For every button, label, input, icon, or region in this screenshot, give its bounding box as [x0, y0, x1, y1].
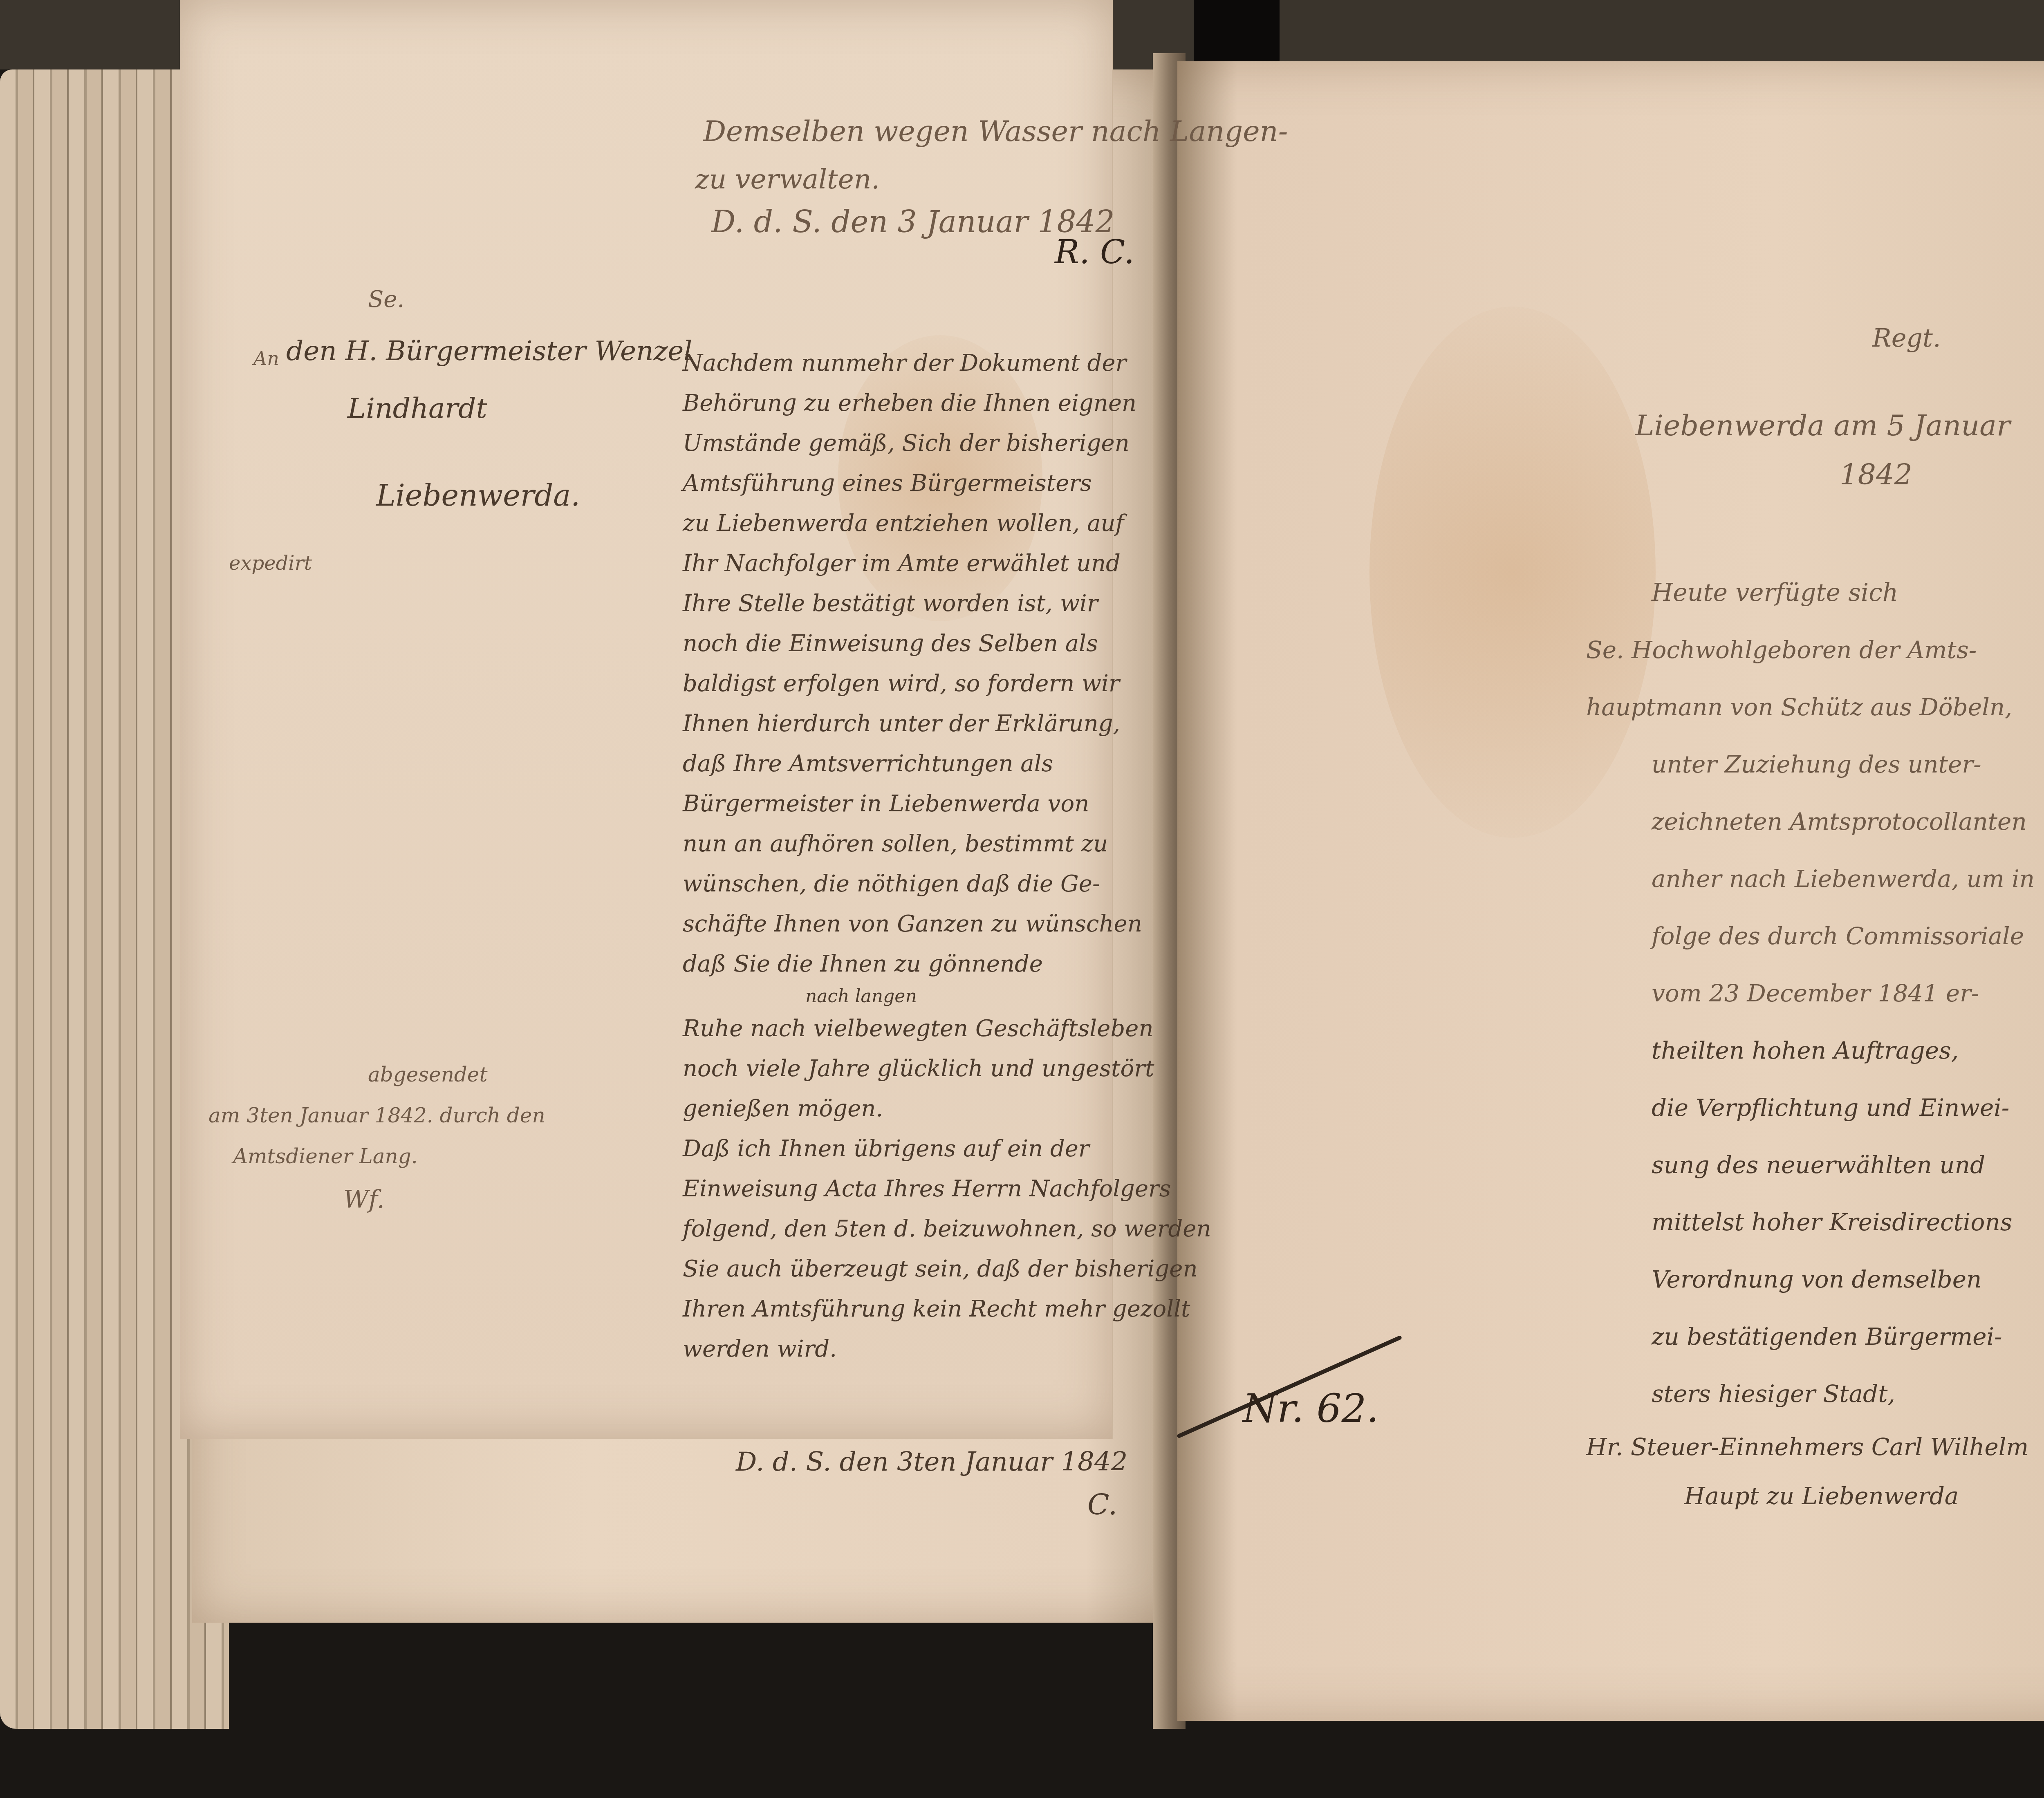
body-line: unter Zuziehung des unter- — [1586, 736, 2044, 793]
margin-address-line-1: den H. Bürgermeister Wenzel — [286, 335, 692, 367]
dispatch-note-line-1: abgesendet — [368, 1063, 488, 1086]
body-line: die Verpflichtung und Einwei- — [1586, 1079, 2044, 1136]
body-line: Ruhe nach vielbewegten Geschäftsleben — [683, 1009, 1132, 1049]
body-line: mittelst hoher Kreisdirections — [1586, 1193, 2044, 1251]
body-line: baldigst erfolgen wird, so fordern wir — [683, 664, 1132, 704]
body-line: daß Sie die Ihnen zu gönnende — [683, 944, 1132, 984]
background-top-right — [1280, 0, 2044, 69]
closing-date-line: D. d. S. den 3ten Januar 1842 — [736, 1447, 1127, 1477]
body-line: Bürgermeister in Liebenwerda von — [683, 784, 1132, 824]
body-line: zu Liebenwerda entziehen wollen, auf — [683, 504, 1132, 544]
right-header: Regt. — [1872, 323, 1941, 353]
dispatch-note-line-2: am 3ten Januar 1842. durch den — [208, 1104, 545, 1127]
body-line: daß Ihre Amtsverrichtungen als — [683, 744, 1132, 784]
body-line: Ihr Nachfolger im Amte erwählet und — [683, 544, 1132, 584]
body-line: folge des durch Commissoriale — [1586, 907, 2044, 965]
closing-initial: C. — [1087, 1488, 1117, 1521]
body-line: Sie auch überzeugt sein, daß der bisheri… — [683, 1249, 1132, 1289]
body-line: sung des neuerwählten und — [1586, 1136, 2044, 1193]
body-line: zu bestätigenden Bürgermei- — [1586, 1308, 2044, 1365]
margin-salutation: Se. — [368, 286, 404, 313]
dispatch-note-line-3: Amtsdiener Lang. — [233, 1144, 418, 1168]
margin-note-expedirt: expedirt — [229, 552, 312, 575]
body-line: Se. Hochwohlgeboren der Amts- — [1586, 621, 2044, 678]
body-line: Heute verfügte sich — [1586, 564, 2044, 621]
margin-prefix: An — [253, 347, 279, 369]
body-line: Nachdem nunmehr der Dokument der — [683, 343, 1132, 383]
body-line: sters hiesiger Stadt, — [1586, 1365, 2044, 1422]
background-top-center — [1194, 0, 1280, 69]
place-date-line-1: Liebenwerda am 5 Januar — [1635, 409, 2010, 442]
entry-number: Nr. 62. — [1243, 1386, 1379, 1431]
header-line-2: zu verwalten. — [695, 163, 880, 195]
body-line: werden wird. — [683, 1329, 1132, 1369]
body-line: nun an aufhören sollen, bestimmt zu — [683, 824, 1132, 864]
right-body: Heute verfügte sich Se. Hochwohlgeboren … — [1586, 564, 2044, 1520]
body-line: wünschen, die nöthigen daß die Ge- — [683, 864, 1132, 904]
dispatch-signature: Wf. — [343, 1185, 385, 1214]
body-line: Hr. Steuer-Einnehmers Carl Wilhelm — [1586, 1422, 2044, 1471]
body-line: hauptmann von Schütz aus Döbeln, — [1586, 678, 2044, 736]
body-line: Haupt zu Liebenwerda — [1586, 1471, 2044, 1520]
body-line: zeichneten Amtsprotocollanten — [1586, 793, 2044, 850]
margin-address-line-3: Liebenwerda. — [376, 478, 580, 513]
body-line: Behörung zu erheben die Ihnen eignen — [683, 383, 1132, 423]
body-line: anher nach Liebenwerda, um in — [1586, 850, 2044, 907]
body-line: folgend, den 5ten d. beizuwohnen, so wer… — [683, 1209, 1132, 1249]
body-line: Amtsführung eines Bürgermeisters — [683, 463, 1132, 504]
margin-address-line-2: Lindhardt — [347, 392, 487, 425]
body-line: Ihnen hierdurch unter der Erklärung, — [683, 704, 1132, 744]
body-insertion: nach langen — [683, 984, 1132, 1009]
body-line: Umstände gemäß, Sich der bisherigen — [683, 423, 1132, 463]
body-line: genießen mögen. — [683, 1089, 1132, 1129]
place-date-line-2: 1842 — [1840, 458, 1912, 491]
left-body: Nachdem nunmehr der Dokument der Behörun… — [683, 343, 1132, 1369]
body-line: Daß ich Ihnen übrigens auf ein der — [683, 1129, 1132, 1169]
header-line-1: Demselben wegen Wasser nach Langen- — [703, 114, 1288, 148]
body-line: Verordnung von demselben — [1586, 1251, 2044, 1308]
body-line: vom 23 December 1841 er- — [1586, 965, 2044, 1022]
header-line-3-date: D. d. S. den 3 Januar 1842 — [711, 204, 1115, 240]
header-initial: R. C. — [1055, 233, 1134, 271]
body-line: theilten hohen Auftrages, — [1586, 1022, 2044, 1079]
body-line: Ihre Stelle bestätigt worden ist, wir — [683, 584, 1132, 624]
body-line: Einweisung Acta Ihres Herrn Nachfolgers — [683, 1169, 1132, 1209]
body-line: noch viele Jahre glücklich und ungestört — [683, 1049, 1132, 1089]
body-line: Ihren Amtsführung kein Recht mehr gezoll… — [683, 1289, 1132, 1329]
body-line: noch die Einweisung des Selben als — [683, 624, 1132, 664]
body-line: schäfte Ihnen von Ganzen zu wünschen — [683, 904, 1132, 944]
